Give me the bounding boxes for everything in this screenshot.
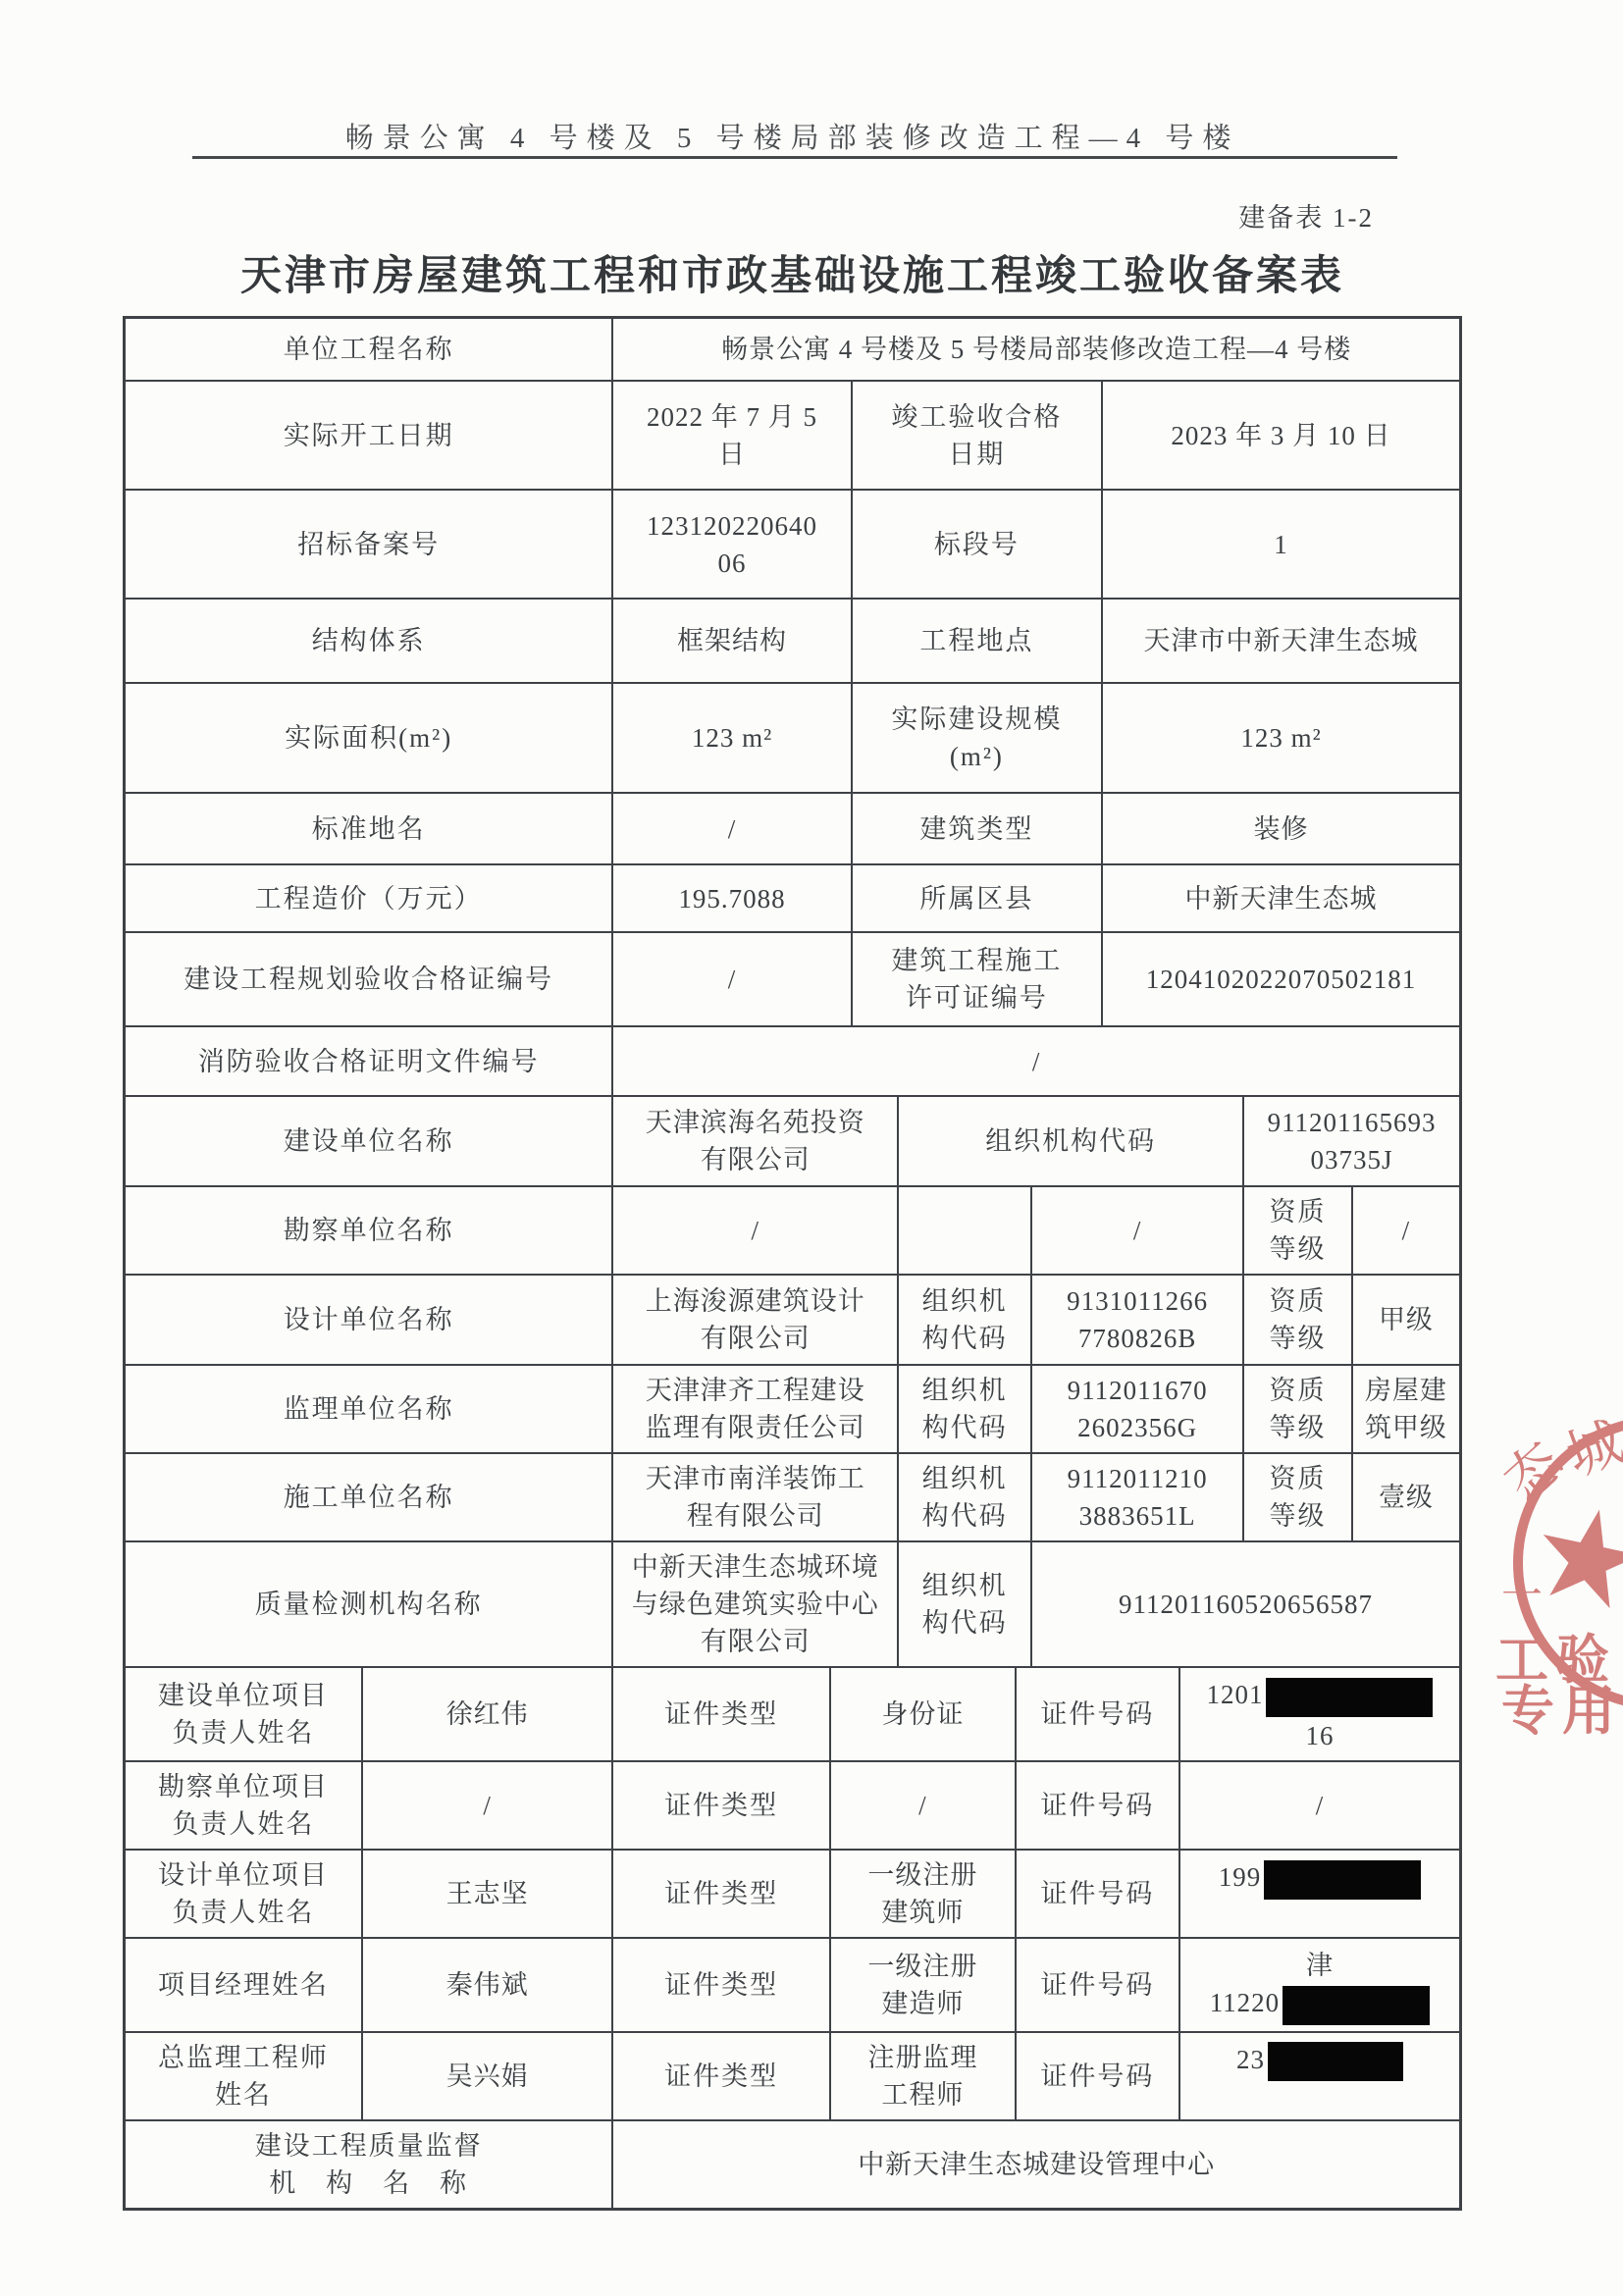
- field-label: 证件号码: [1017, 1762, 1180, 1849]
- redaction-bar: [1283, 1986, 1430, 2025]
- field-label: 竣工验收合格 日期: [853, 382, 1103, 489]
- field-label: 招标备案号: [126, 491, 613, 598]
- field-label: 建设单位名称: [126, 1097, 613, 1185]
- field-value: 2023 年 3 月 10 日: [1103, 382, 1459, 489]
- field-value: /: [1353, 1187, 1459, 1274]
- table-row: 招标备案号123120220640 06标段号1: [126, 491, 1459, 600]
- field-label: 实际面积(m²): [126, 684, 613, 792]
- field-label: 建筑类型: [853, 794, 1103, 863]
- field-value: /: [1032, 1187, 1244, 1274]
- field-label: 单位工程名称: [126, 319, 613, 380]
- table-row: 监理单位名称天津津齐工程建设 监理有限责任公司组织机 构代码9112011670…: [126, 1366, 1459, 1454]
- scanned-document-page: { "page": { "header": "畅景公寓 4 号楼及 5 号楼局部…: [0, 0, 1623, 2296]
- field-value: 王志坚: [363, 1851, 613, 1937]
- field-label: 资质 等级: [1244, 1276, 1353, 1364]
- field-value-text: 1201: [1206, 1680, 1263, 1709]
- table-row: 设计单位名称上海浚源建筑设计 有限公司组织机 构代码9131011266 778…: [126, 1276, 1459, 1366]
- field-value: 195.7088: [613, 865, 852, 931]
- field-label: 施工单位名称: [126, 1454, 613, 1540]
- field-value: 一级注册 建造师: [831, 1939, 1017, 2031]
- field-value: 壹级: [1353, 1454, 1459, 1540]
- field-label: 证件类型: [613, 1939, 831, 2031]
- stamp-dash: 一: [1501, 1563, 1543, 1622]
- field-label: 项目经理姓名: [126, 1939, 363, 2031]
- redaction-bar: [1266, 1678, 1433, 1717]
- field-label: 资质 等级: [1244, 1187, 1353, 1274]
- field-label: 证件类型: [613, 1668, 831, 1760]
- table-row: 单位工程名称畅景公寓 4 号楼及 5 号楼局部装修改造工程—4 号楼: [126, 319, 1459, 382]
- field-label: 建设工程质量监督 机 构 名 称: [126, 2121, 613, 2208]
- field-value: 津 11220: [1180, 1939, 1459, 2031]
- field-value: 中新天津生态城: [1103, 865, 1459, 931]
- field-value: /: [613, 794, 852, 863]
- field-value: 1: [1103, 491, 1459, 598]
- field-value: 中新天津生态城建设管理中心: [613, 2121, 1459, 2208]
- field-value-text: 199: [1219, 1862, 1262, 1892]
- field-label: 监理单位名称: [126, 1366, 613, 1452]
- table-row: 建设工程规划验收合格证编号/建筑工程施工 许可证编号12041020220705…: [126, 933, 1459, 1027]
- field-label: 实际开工日期: [126, 382, 613, 489]
- field-label: 总监理工程师 姓名: [126, 2033, 363, 2119]
- field-value: 框架结构: [613, 600, 852, 682]
- field-value: 吴兴娟: [363, 2033, 613, 2119]
- field-value-text: 16: [1305, 1721, 1334, 1750]
- field-label: 证件号码: [1017, 1668, 1180, 1760]
- document-header: 畅景公寓 4 号楼及 5 号楼局部装修改造工程—4 号楼: [123, 116, 1462, 156]
- field-value: 2022 年 7 月 5 日: [613, 382, 852, 489]
- field-label: 设计单位名称: [126, 1276, 613, 1364]
- field-label: 建设单位项目 负责人姓名: [126, 1668, 363, 1760]
- field-label: 证件号码: [1017, 1939, 1180, 2031]
- stamp-text-line: 专用: [1501, 1669, 1623, 1742]
- field-label: 所属区县: [853, 865, 1103, 931]
- field-value: 一级注册 建筑师: [831, 1851, 1017, 1937]
- field-value: /: [831, 1762, 1017, 1849]
- redaction-bar: [1264, 1860, 1421, 1900]
- field-value: 23: [1180, 2033, 1459, 2119]
- field-label: 质量检测机构名称: [126, 1542, 613, 1666]
- field-label: 组织机构代码: [899, 1097, 1244, 1185]
- stamp-arc-char: 态: [1484, 1422, 1577, 1517]
- table-row: 工程造价（万元）195.7088所属区县中新天津生态城: [126, 865, 1459, 933]
- field-value: 9131011266 7780826B: [1032, 1276, 1244, 1364]
- field-value: 身份证: [831, 1668, 1017, 1760]
- field-label: 证件类型: [613, 1762, 831, 1849]
- field-label: 证件号码: [1017, 2033, 1180, 2119]
- table-row: 总监理工程师 姓名吴兴娟证件类型注册监理 工程师证件号码23: [126, 2033, 1459, 2121]
- field-label: 标准地名: [126, 794, 613, 863]
- filing-table: 单位工程名称畅景公寓 4 号楼及 5 号楼局部装修改造工程—4 号楼实际开工日期…: [123, 316, 1462, 2211]
- field-label: 组织机 构代码: [899, 1542, 1032, 1666]
- field-label: 组织机 构代码: [899, 1366, 1032, 1452]
- table-row: 建设工程质量监督 机 构 名 称中新天津生态城建设管理中心: [126, 2121, 1459, 2208]
- table-row: 结构体系框架结构工程地点天津市中新天津生态城: [126, 600, 1459, 684]
- table-row: 勘察单位项目 负责人姓名/证件类型/证件号码/: [126, 1762, 1459, 1851]
- field-value: /: [613, 933, 852, 1025]
- field-value: 装修: [1103, 794, 1459, 863]
- field-value: 上海浚源建筑设计 有限公司: [613, 1276, 899, 1364]
- red-stamp: 态 城 一 ★ 工验 专用: [1472, 1398, 1623, 1742]
- field-label: 证件号码: [1017, 1851, 1180, 1937]
- field-value: 秦伟斌: [363, 1939, 613, 2031]
- field-label: 资质 等级: [1244, 1454, 1353, 1540]
- redaction-bar: [1268, 2042, 1403, 2081]
- table-row: 标准地名/建筑类型装修: [126, 794, 1459, 865]
- form-code: 建备表 1-2: [0, 196, 1374, 235]
- field-label: 建筑工程施工 许可证编号: [853, 933, 1103, 1025]
- table-row: 设计单位项目 负责人姓名王志坚证件类型一级注册 建筑师证件号码199: [126, 1851, 1459, 1939]
- field-label: 证件类型: [613, 1851, 831, 1937]
- field-label: 组织机 构代码: [899, 1276, 1032, 1364]
- field-value: 911201165693 03735J: [1244, 1097, 1459, 1185]
- field-label: 消防验收合格证明文件编号: [126, 1027, 613, 1095]
- table-row: 实际开工日期2022 年 7 月 5 日竣工验收合格 日期2023 年 3 月 …: [126, 382, 1459, 491]
- stamp-arc-char: 城: [1554, 1399, 1623, 1491]
- field-value: 徐红伟: [363, 1668, 613, 1760]
- table-row: 建设单位项目 负责人姓名徐红伟证件类型身份证证件号码1201 16: [126, 1668, 1459, 1762]
- field-value: [899, 1187, 1032, 1274]
- field-value: 123120220640 06: [613, 491, 852, 598]
- field-label: 工程造价（万元）: [126, 865, 613, 931]
- table-row: 建设单位名称天津滨海名苑投资 有限公司组织机构代码911201165693 03…: [126, 1097, 1459, 1187]
- field-label: 结构体系: [126, 600, 613, 682]
- field-label: 证件类型: [613, 2033, 831, 2119]
- field-value: 房屋建 筑甲级: [1353, 1366, 1459, 1452]
- field-value: 天津津齐工程建设 监理有限责任公司: [613, 1366, 899, 1452]
- field-value: /: [363, 1762, 613, 1849]
- field-value: /: [613, 1027, 1459, 1095]
- field-value: 畅景公寓 4 号楼及 5 号楼局部装修改造工程—4 号楼: [613, 319, 1459, 380]
- field-label: 实际建设规模 (m²): [853, 684, 1103, 792]
- table-row: 消防验收合格证明文件编号/: [126, 1027, 1459, 1097]
- page-title: 天津市房屋建筑工程和市政基础设施工程竣工验收备案表: [123, 243, 1462, 302]
- table-row: 项目经理姓名秦伟斌证件类型一级注册 建造师证件号码津 11220: [126, 1939, 1459, 2033]
- field-label: 勘察单位项目 负责人姓名: [126, 1762, 363, 1849]
- field-value: /: [1180, 1762, 1459, 1849]
- table-row: 实际面积(m²)123 m²实际建设规模 (m²)123 m²: [126, 684, 1459, 794]
- field-value: 123 m²: [613, 684, 852, 792]
- field-value: 123 m²: [1103, 684, 1459, 792]
- field-value: 中新天津生态城环境 与绿色建筑实验中心 有限公司: [613, 1542, 899, 1666]
- field-value: 1204102022070502181: [1103, 933, 1459, 1025]
- field-label: 标段号: [853, 491, 1103, 598]
- field-value: 天津滨海名苑投资 有限公司: [613, 1097, 899, 1185]
- field-value: 911201160520656587: [1032, 1542, 1459, 1666]
- field-label: 建设工程规划验收合格证编号: [126, 933, 613, 1025]
- star-icon: ★: [1519, 1484, 1623, 1635]
- field-value-text: 23: [1236, 2045, 1265, 2074]
- stamp-text-line: 工验: [1495, 1618, 1617, 1694]
- stamp-ring: [1513, 1416, 1623, 1710]
- field-value: /: [613, 1187, 899, 1274]
- field-value: 注册监理 工程师: [831, 2033, 1017, 2119]
- field-value: 天津市南洋装饰工 程有限公司: [613, 1454, 899, 1540]
- header-divider-line: [192, 156, 1397, 159]
- field-label: 组织机 构代码: [899, 1454, 1032, 1540]
- table-row: 施工单位名称天津市南洋装饰工 程有限公司组织机 构代码9112011210 38…: [126, 1454, 1459, 1542]
- field-label: 工程地点: [853, 600, 1103, 682]
- field-value: 甲级: [1353, 1276, 1459, 1364]
- field-value: 9112011670 2602356G: [1032, 1366, 1244, 1452]
- table-row: 勘察单位名称//资质 等级/: [126, 1187, 1459, 1276]
- field-value: 199: [1180, 1851, 1459, 1937]
- field-label: 资质 等级: [1244, 1366, 1353, 1452]
- table-row: 质量检测机构名称中新天津生态城环境 与绿色建筑实验中心 有限公司组织机 构代码9…: [126, 1542, 1459, 1668]
- field-label: 设计单位项目 负责人姓名: [126, 1851, 363, 1937]
- field-label: 勘察单位名称: [126, 1187, 613, 1274]
- field-value: 天津市中新天津生态城: [1103, 600, 1459, 682]
- field-value: 1201 16: [1180, 1668, 1459, 1760]
- field-value: 9112011210 3883651L: [1032, 1454, 1244, 1540]
